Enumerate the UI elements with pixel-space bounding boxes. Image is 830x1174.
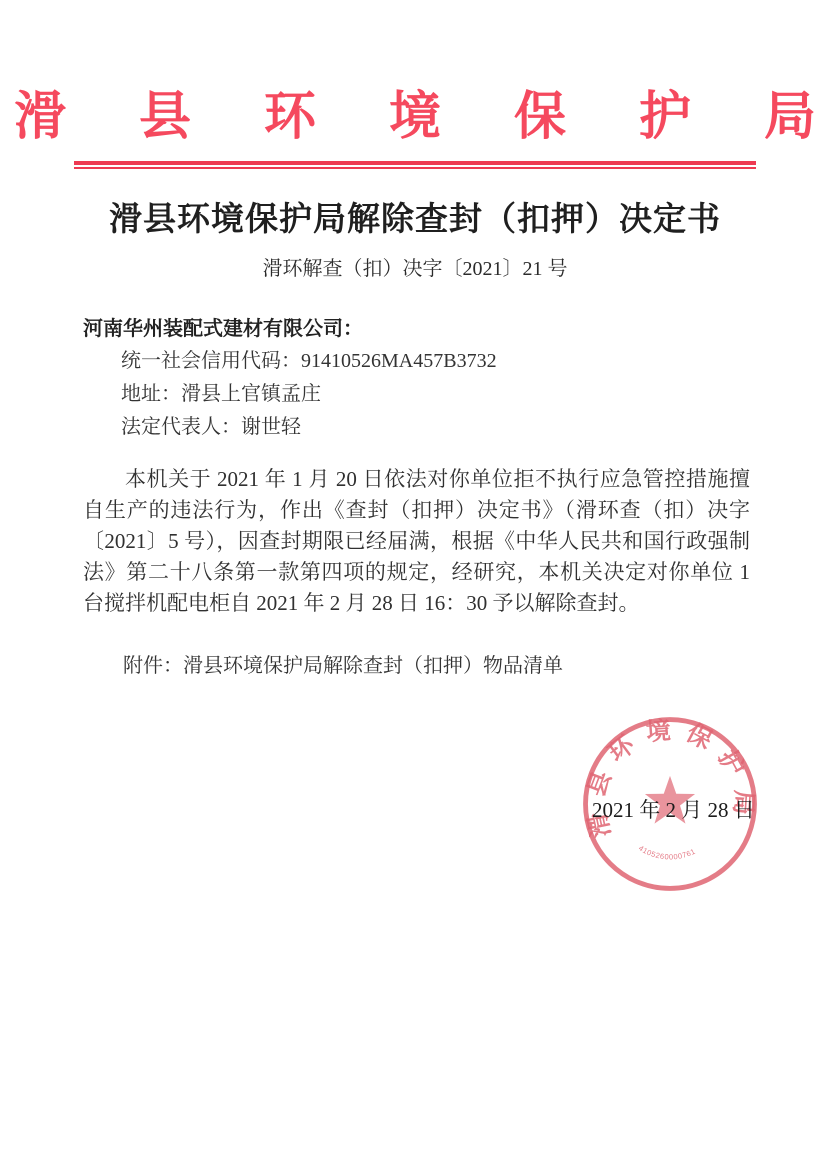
letter-body: 河南华州装配式建材有限公司： 统一社会信用代码：91410526MA457B37… — [83, 313, 750, 681]
address-line: 地址：滑县上官镇孟庄 — [121, 378, 750, 411]
document-page: 滑 县 环 境 保 护 局 滑县环境保护局解除查封（扣押）决定书 滑环解查（扣）… — [0, 0, 830, 1174]
recipient-name: 河南华州装配式建材有限公司： — [83, 313, 750, 345]
legal-representative-line: 法定代表人：谢世轻 — [121, 411, 750, 444]
document-title: 滑县环境保护局解除查封（扣押）决定书 — [40, 201, 790, 239]
agency-name: 滑 县 环 境 保 护 局 — [14, 88, 830, 148]
credit-code-line: 统一社会信用代码：91410526MA457B3732 — [121, 345, 750, 378]
letterhead-divider — [74, 161, 756, 169]
official-seal: 滑县环境保护局 4105260000761 2021 年 2 月 28 日 — [582, 716, 758, 892]
document-number: 滑环解查（扣）决字〔2021〕21 号 — [0, 255, 830, 283]
seal-code-text: 4105260000761 — [637, 844, 697, 862]
letterhead: 滑 县 环 境 保 护 局 — [0, 88, 830, 169]
issue-date: 2021 年 2 月 28 日 — [592, 796, 758, 824]
decision-paragraph: 本机关于 2021 年 1 月 20 日依法对你单位拒不执行应急管控措施擅自生产… — [83, 464, 750, 619]
attachment-line: 附件：滑县环境保护局解除查封（扣押）物品清单 — [83, 651, 750, 681]
